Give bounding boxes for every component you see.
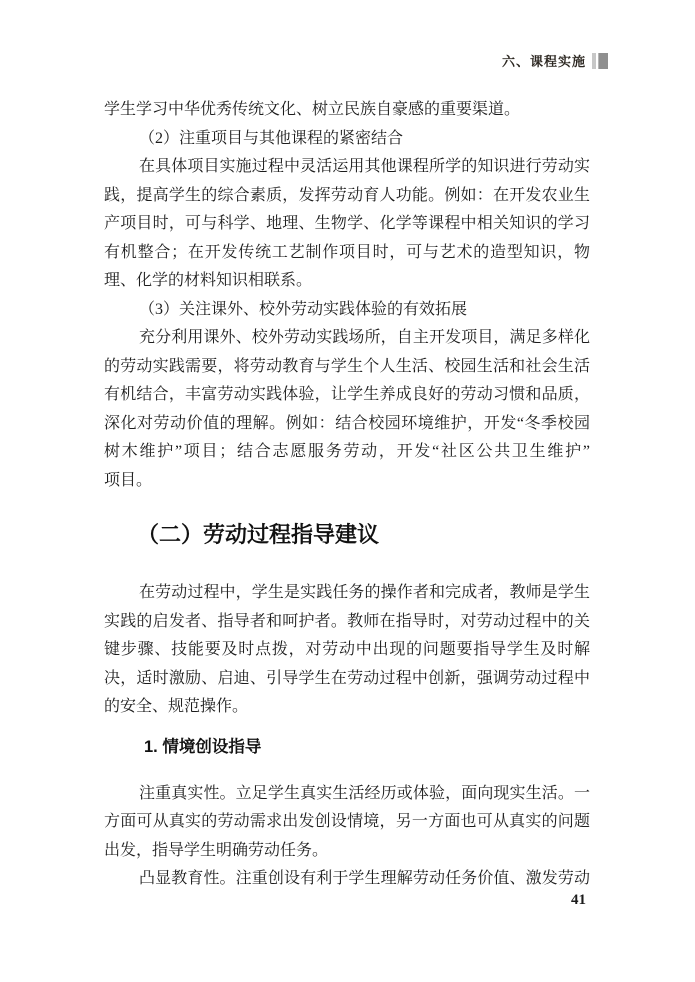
paragraph-line: 深化对劳动价值的理解。例如：结合校园环境维护，开发“冬季校园 — [104, 410, 590, 439]
section-heading: （二）劳动过程指导建议 — [104, 519, 590, 551]
paragraph-line: 践，提高学生的综合素质，发挥劳动育人功能。例如：在开发农业生 — [104, 182, 590, 211]
section-marker-icon — [592, 53, 608, 69]
paragraph-line: 有机结合，丰富劳动实践体验，让学生养成良好的劳动习惯和品质， — [104, 381, 590, 410]
paragraph-line: 充分利用课外、校外劳动实践场所，自主开发项目，满足多样化 — [104, 324, 590, 353]
paragraph-project-integration: 在具体项目实施过程中灵活运用其他课程所学的知识进行劳动实 践，提高学生的综合素质… — [104, 153, 590, 296]
subsection-heading: 1. 情境创设指导 — [104, 735, 590, 759]
marker-bar-light-icon — [592, 53, 596, 69]
paragraph-line: 产项目时，可与科学、地理、生物学、化学等课程中相关知识的学习 — [104, 210, 590, 239]
paragraph-line: 决，适时激励、启迪、引导学生在劳动过程中创新，强调劳动过程中 — [104, 665, 590, 694]
item-heading-2: （2）注重项目与其他课程的紧密结合 — [104, 125, 590, 154]
paragraph-line: 键步骤、技能要及时点拨，对劳动中出现的问题要指导学生及时解 — [104, 636, 590, 665]
paragraph-line: 项目。 — [104, 467, 590, 496]
paragraph-line: 理、化学的材料知识相联系。 — [104, 267, 590, 296]
paragraph-educational: 凸显教育性。注重创设有利于学生理解劳动任务价值、激发劳动 — [104, 865, 590, 894]
paragraph-line: 树木维护”项目；结合志愿服务劳动，开发“社区公共卫生维护” — [104, 438, 590, 467]
paragraph-line: 凸显教育性。注重创设有利于学生理解劳动任务价值、激发劳动 — [104, 865, 590, 894]
paragraph-line: 学生学习中华优秀传统文化、树立民族自豪感的重要渠道。 — [104, 96, 590, 125]
paragraph-authenticity: 注重真实性。立足学生真实生活经历或体验，面向现实生活。一 方面可从真实的劳动需求… — [104, 780, 590, 866]
paragraph-labor-process: 在劳动过程中，学生是实践任务的操作者和完成者，教师是学生 实践的启发者、指导者和… — [104, 579, 590, 722]
paragraph-line: 的安全、规范操作。 — [104, 693, 590, 722]
paragraph-line: 出发，指导学生明确劳动任务。 — [104, 837, 590, 866]
marker-bar-dark-icon — [598, 53, 608, 69]
chapter-running-title: 六、课程实施 — [502, 51, 586, 70]
paragraph-line: 实践的启发者、指导者和呵护者。教师在指导时，对劳动过程中的关 — [104, 608, 590, 637]
paragraph-line: 在具体项目实施过程中灵活运用其他课程所学的知识进行劳动实 — [104, 153, 590, 182]
paragraph-line: 有机整合；在开发传统工艺制作项目时，可与艺术的造型知识，物 — [104, 239, 590, 268]
paragraph-line: 方面可从真实的劳动需求出发创设情境，另一方面也可从真实的问题 — [104, 808, 590, 837]
page-body: 学生学习中华优秀传统文化、树立民族自豪感的重要渠道。 （2）注重项目与其他课程的… — [104, 96, 590, 894]
page-header: 六、课程实施 — [0, 51, 608, 70]
paragraph-line: 在劳动过程中，学生是实践任务的操作者和完成者，教师是学生 — [104, 579, 590, 608]
paragraph-extracurricular: 充分利用课外、校外劳动实践场所，自主开发项目，满足多样化 的劳动实践需要，将劳动… — [104, 324, 590, 495]
page-number: 41 — [571, 892, 586, 909]
paragraph-line: 的劳动实践需要，将劳动教育与学生个人生活、校园生活和社会生活 — [104, 353, 590, 382]
item-heading-3: （3）关注课外、校外劳动实践体验的有效拓展 — [104, 296, 590, 325]
document-page: 六、课程实施 学生学习中华优秀传统文化、树立民族自豪感的重要渠道。 （2）注重项… — [0, 0, 695, 982]
paragraph-line: 注重真实性。立足学生真实生活经历或体验，面向现实生活。一 — [104, 780, 590, 809]
